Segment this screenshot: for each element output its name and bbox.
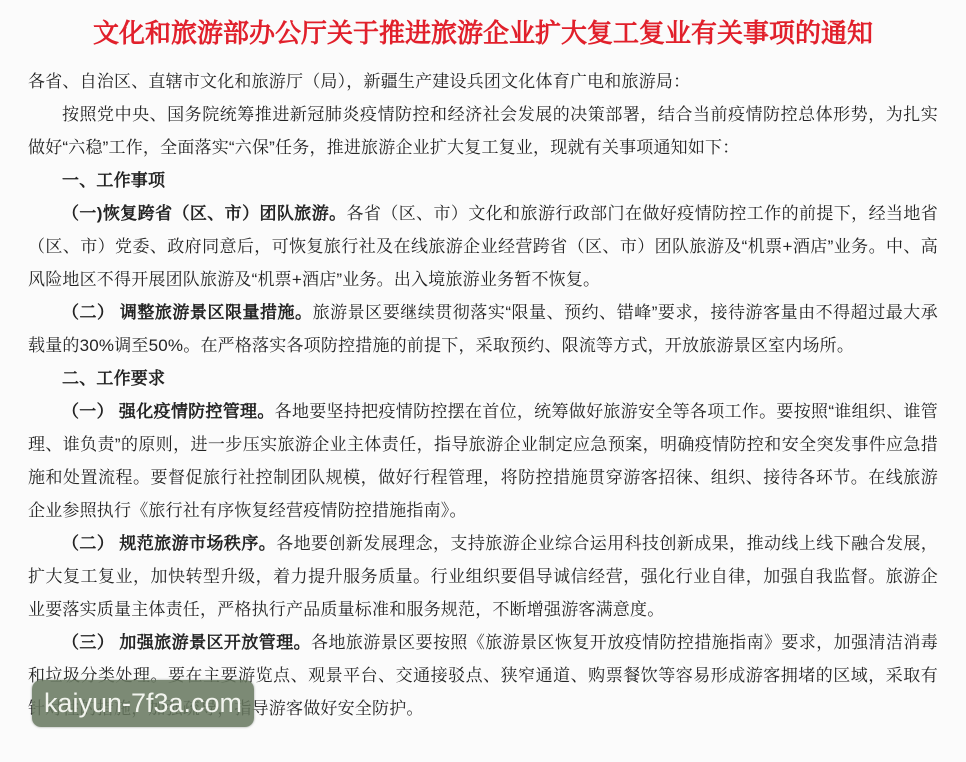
section2-item3-lead: （三） 加强旅游景区开放管理。 — [62, 633, 311, 652]
section2-item1-lead: （一） 强化疫情防控管理。 — [62, 402, 275, 421]
section2-item1: （一） 强化疫情防控管理。各地要坚持把疫情防控摆在首位，统筹做好旅游安全等各项工… — [28, 395, 938, 527]
section2-item2-lead: （二） 规范旅游市场秩序。 — [62, 534, 276, 553]
intro-paragraph: 按照党中央、国务院统筹推进新冠肺炎疫情防控和经济社会发展的决策部署，结合当前疫情… — [28, 98, 938, 164]
section1-item2-lead: （二） 调整旅游景区限量措施。 — [62, 303, 313, 322]
section1-item1-lead: （一)恢复跨省（区、市）团队旅游。 — [62, 204, 347, 223]
section1-item1: （一)恢复跨省（区、市）团队旅游。各省（区、市）文化和旅游行政部门在做好疫情防控… — [28, 197, 938, 296]
document-title: 文化和旅游部办公厅关于推进旅游企业扩大复工复业有关事项的通知 — [88, 16, 878, 51]
watermark-overlay: kaiyun-7f3a.com — [32, 680, 254, 727]
section2-heading: 二、工作要求 — [28, 362, 938, 395]
section2-item2: （二） 规范旅游市场秩序。各地要创新发展理念，支持旅游企业综合运用科技创新成果，… — [28, 527, 938, 626]
watermark-text: kaiyun-7f3a.com — [44, 690, 242, 717]
salutation: 各省、自治区、直辖市文化和旅游厅（局），新疆生产建设兵团文化体育广电和旅游局： — [28, 65, 938, 98]
section1-item2: （二） 调整旅游景区限量措施。旅游景区要继续贯彻落实“限量、预约、错峰”要求，接… — [28, 296, 938, 362]
notice-page: 文化和旅游部办公厅关于推进旅游企业扩大复工复业有关事项的通知 各省、自治区、直辖… — [0, 0, 966, 762]
section1-heading: 一、工作事项 — [28, 164, 938, 197]
